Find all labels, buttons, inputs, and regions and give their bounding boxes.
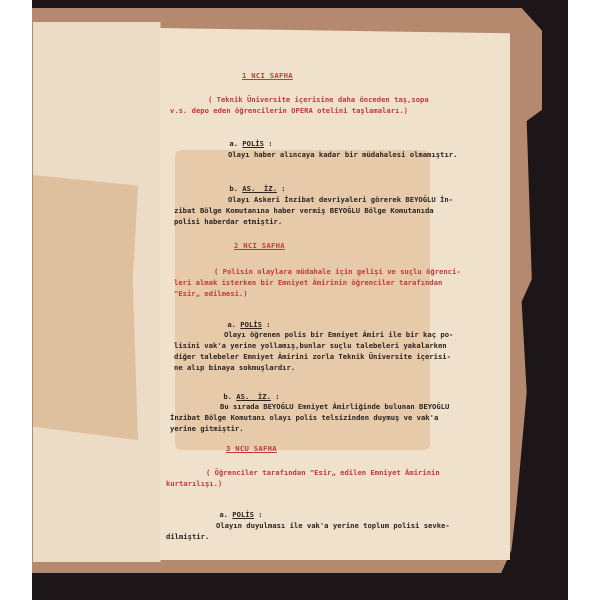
item-text: yerine gitmiştir. — [170, 423, 244, 434]
item-text: Olayı haber alıncaya kadar bir müdahales… — [228, 149, 457, 160]
section-summary-line: ( Öğrenciler tarafından "Esir„ edilen Em… — [206, 467, 440, 478]
section-summary-line: leri almak isterken bir Emniyet Âmirinin… — [174, 277, 442, 288]
item-text: ne alıp binaya sokmuşlardır. — [174, 362, 295, 373]
item-text: Olayın duyulması ile vak'a yerine toplum… — [216, 520, 450, 531]
section-summary-line: "Esir„ edilmesi.) — [174, 288, 248, 299]
left-page-stain — [33, 175, 138, 440]
section-heading: 2 NCI SAFHA — [234, 240, 285, 251]
section-summary-line: v.s. depo eden öğrencilerin OPERA otelin… — [170, 105, 408, 116]
item-text: polisi haberdar etmiştir. — [174, 216, 282, 227]
section-summary-line: ( Polisin olaylara müdahale için gelişi … — [214, 266, 461, 277]
item-text: diğer talebeler Emniyet Âmirini zorla Te… — [174, 351, 451, 362]
item-text: zibat Bölge Komutanına haber vermiş BEYO… — [174, 205, 434, 216]
item-text: Olayı öğrenen polis bir Emniyet Âmiri il… — [224, 329, 453, 340]
item-text: Olayı Askeri İnzibat devriyaleri görerek… — [228, 194, 453, 205]
section-summary-line: kurtarılışı.) — [166, 478, 222, 489]
section-heading: 3 NCU SAFHA — [226, 443, 277, 454]
item-text: İnzibat Bölge Komutanı olayı polis telsi… — [170, 412, 438, 423]
item-text: dilmiştir. — [166, 531, 209, 542]
item-text: Bu sırada BEYOĞLU Emniyet Âmirliğinde bu… — [220, 401, 449, 412]
section-summary-line: ( Teknik Üniversite içerisine daha önced… — [208, 94, 429, 105]
item-text: lisini vak'a yerine yollamış,bunlar suçl… — [174, 340, 447, 351]
section-heading: 1 NCI SAFHA — [242, 70, 293, 81]
